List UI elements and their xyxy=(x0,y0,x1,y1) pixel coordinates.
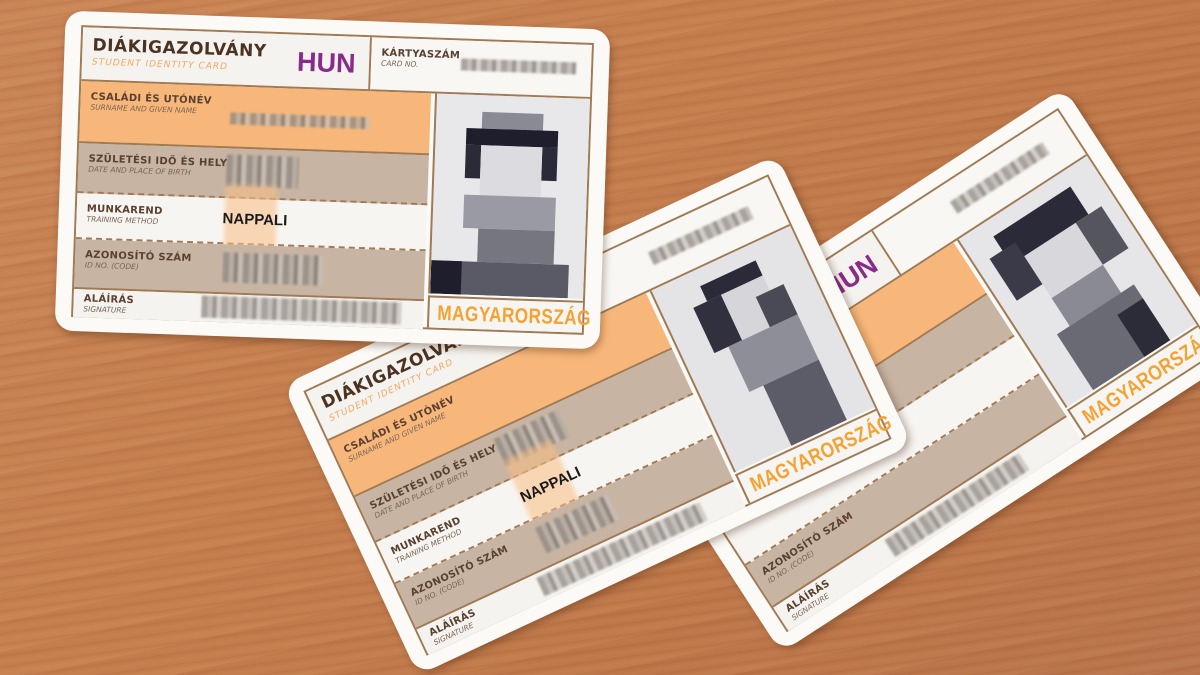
signature-label-en: SIGNATURE xyxy=(83,304,134,315)
redacted-name xyxy=(230,112,370,129)
redacted-signature xyxy=(201,296,402,325)
card-header: DIÁKIGAZOLVÁNY STUDENT IDENTITY CARD HUN xyxy=(81,27,372,91)
country-name: MAGYARORSZÁG xyxy=(437,302,591,331)
card-number-field: KÁRTYASZÁMCARD NO. xyxy=(370,37,592,99)
redacted-birth xyxy=(226,154,299,188)
training-label-en: TRAINING METHOD xyxy=(86,214,162,226)
redacted-card-number xyxy=(461,58,576,74)
country-code: HUN xyxy=(297,47,357,80)
pixelated-face-icon xyxy=(430,94,590,299)
redacted-id-number xyxy=(222,252,323,285)
photo-pixelated xyxy=(428,94,590,299)
training-value: NAPPALI xyxy=(222,210,287,229)
country-box: MAGYARORSZÁG xyxy=(427,295,583,332)
card-subtitle: STUDENT IDENTITY CARD xyxy=(92,58,228,73)
front-card: DIÁKIGAZOLVÁNY STUDENT IDENTITY CARD HUN… xyxy=(55,11,611,350)
card-frame: DIÁKIGAZOLVÁNY STUDENT IDENTITY CARD HUN… xyxy=(71,25,594,335)
